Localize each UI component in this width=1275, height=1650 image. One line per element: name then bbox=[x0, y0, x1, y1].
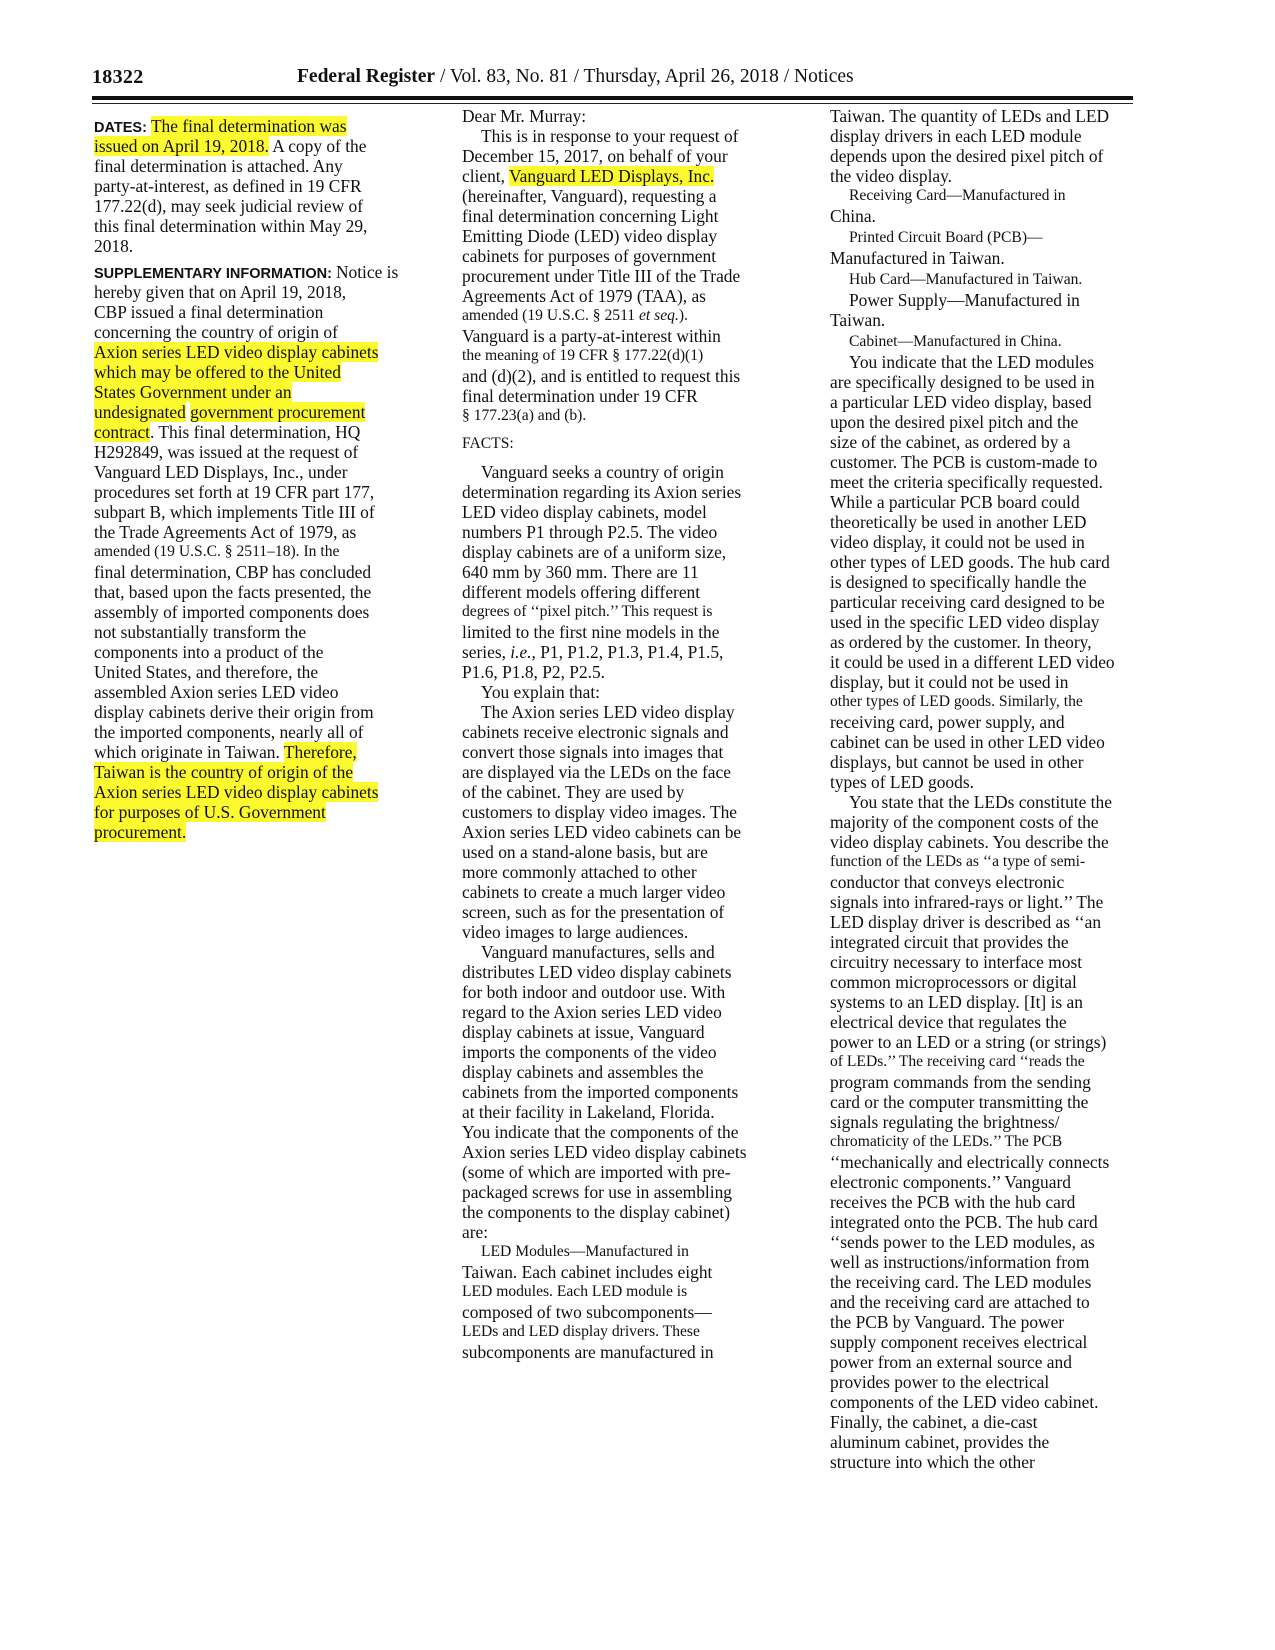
body-text: amended (19 U.S.C. § 2511–18). In the bbox=[94, 543, 339, 560]
body-text: at their facility in Lakeland, Florida. bbox=[462, 1102, 715, 1122]
header-rule-thin bbox=[92, 103, 1133, 104]
text-line: LED video display cabinets, model bbox=[462, 502, 707, 523]
text-line: the meaning of 19 CFR § 177.22(d)(1) bbox=[462, 346, 703, 367]
text-line: The Axion series LED video display bbox=[481, 702, 735, 723]
body-text: Vanguard seeks a country of origin bbox=[481, 462, 724, 482]
body-text: This is in response to your request of bbox=[481, 126, 738, 146]
text-line: final determination is attached. Any bbox=[94, 156, 343, 177]
body-text: subcomponents are manufactured in bbox=[462, 1342, 714, 1362]
text-line: Emitting Diode (LED) video display bbox=[462, 226, 717, 247]
text-line: for purposes of U.S. Government bbox=[94, 802, 326, 823]
body-text: LED display driver is described as ‘‘an bbox=[830, 912, 1101, 932]
text-line: structure into which the other bbox=[830, 1452, 1035, 1473]
body-text: display cabinets at issue, Vanguard bbox=[462, 1022, 705, 1042]
text-line: components into a product of the bbox=[94, 642, 323, 663]
body-text: hereby given that on April 19, 2018, bbox=[94, 282, 346, 302]
body-text: cabinets receive electronic signals and bbox=[462, 722, 729, 742]
text-line: United States, and therefore, the bbox=[94, 662, 318, 683]
body-text: LED Modules—Manufactured in bbox=[481, 1243, 689, 1260]
text-line: receiving card, power supply, and bbox=[830, 712, 1065, 733]
text-line: integrated onto the PCB. The hub card bbox=[830, 1212, 1098, 1233]
text-line: meet the criteria specifically requested… bbox=[830, 472, 1103, 493]
text-line: CBP issued a final determination bbox=[94, 302, 323, 323]
text-line: electrical device that regulates the bbox=[830, 1012, 1067, 1033]
body-text: size of the cabinet, as ordered by a bbox=[830, 432, 1070, 452]
text-line: function of the LEDs as ‘‘a type of semi… bbox=[830, 852, 1085, 873]
text-line: (hereinafter, Vanguard), requesting a bbox=[462, 186, 716, 207]
body-text: particular receiving card designed to be bbox=[830, 592, 1105, 612]
text-line: concerning the country of origin of bbox=[94, 322, 338, 343]
italic-text: et seq. bbox=[639, 307, 679, 324]
text-line: used on a stand-alone basis, but are bbox=[462, 842, 708, 863]
highlighted-text: contract bbox=[94, 422, 150, 442]
body-text: Vanguard manufactures, sells and bbox=[481, 942, 715, 962]
body-text: conductor that conveys electronic bbox=[830, 872, 1064, 892]
section-label: DATES: bbox=[94, 120, 151, 136]
text-line: distributes LED video display cabinets bbox=[462, 962, 732, 983]
text-line: Axion series LED video display cabinets bbox=[94, 782, 378, 803]
text-line: particular receiving card designed to be bbox=[830, 592, 1105, 613]
highlighted-text: Therefore, bbox=[284, 742, 357, 762]
text-line: displays, but cannot be used in other bbox=[830, 752, 1084, 773]
body-text: video display cabinets. You describe the bbox=[830, 832, 1109, 852]
body-text: composed of two subcomponents— bbox=[462, 1302, 712, 1322]
body-text: final determination, CBP has concluded bbox=[94, 562, 371, 582]
body-text: program commands from the sending bbox=[830, 1072, 1091, 1092]
text-line: other types of LED goods. The hub card bbox=[830, 552, 1110, 573]
body-text: chromaticity of the LEDs.’’ The PCB bbox=[830, 1133, 1062, 1150]
highlighted-text: Vanguard LED Displays, Inc. bbox=[509, 166, 714, 186]
text-line: assembled Axion series LED video bbox=[94, 682, 338, 703]
text-line: contract. This final determination, HQ bbox=[94, 422, 360, 443]
body-text: CBP issued a final determination bbox=[94, 302, 323, 322]
text-line: the components to the display cabinet) bbox=[462, 1202, 730, 1223]
text-line: hereby given that on April 19, 2018, bbox=[94, 282, 346, 303]
highlighted-text: States Government under an bbox=[94, 382, 292, 402]
text-line: majority of the component costs of the bbox=[830, 812, 1099, 833]
text-line: series, i.e., P1, P1.2, P1.3, P1.4, P1.5… bbox=[462, 642, 723, 663]
body-text: signals into infrared-rays or light.’’ T… bbox=[830, 892, 1103, 912]
text-line: convert those signals into images that bbox=[462, 742, 723, 763]
issue-details: / Vol. 83, No. 81 / Thursday, April 26, … bbox=[435, 66, 854, 87]
body-text: used in the specific LED video display bbox=[830, 612, 1100, 632]
body-text: You indicate that the LED modules bbox=[849, 352, 1094, 372]
body-text: card or the computer transmitting the bbox=[830, 1092, 1088, 1112]
text-line: video display cabinets. You describe the bbox=[830, 832, 1109, 853]
body-text: December 15, 2017, on behalf of your bbox=[462, 146, 728, 166]
body-text: 2018. bbox=[94, 236, 133, 256]
text-line: integrated circuit that provides the bbox=[830, 932, 1069, 953]
text-line: not substantially transform the bbox=[94, 622, 306, 643]
body-text: cabinets for purposes of government bbox=[462, 246, 716, 266]
text-line: provides power to the electrical bbox=[830, 1372, 1049, 1393]
text-line: screen, such as for the presentation of bbox=[462, 902, 724, 923]
body-text: . This final determination, HQ bbox=[150, 422, 360, 442]
body-text: ‘‘sends power to the LED modules, as bbox=[830, 1232, 1095, 1252]
text-line: amended (19 U.S.C. § 2511 et seq.). bbox=[462, 306, 688, 327]
text-line: types of LED goods. bbox=[830, 772, 974, 793]
body-text: customers to display video images. The bbox=[462, 802, 737, 822]
text-line: of LEDs.’’ The receiving card ‘‘reads th… bbox=[830, 1052, 1085, 1073]
body-text: as ordered by the customer. In theory, bbox=[830, 632, 1092, 652]
body-text: it could be used in a different LED vide… bbox=[830, 652, 1115, 672]
body-text: You state that the LEDs constitute the bbox=[849, 792, 1112, 812]
text-line: at their facility in Lakeland, Florida. bbox=[462, 1102, 715, 1123]
text-line: well as instructions/information from bbox=[830, 1252, 1089, 1273]
body-text: types of LED goods. bbox=[830, 772, 974, 792]
body-text: a particular LED video display, based bbox=[830, 392, 1092, 412]
body-text: LED modules. Each LED module is bbox=[462, 1283, 687, 1300]
text-line: Taiwan. The quantity of LEDs and LED bbox=[830, 106, 1109, 127]
text-line: December 15, 2017, on behalf of your bbox=[462, 146, 728, 167]
body-text: receives the PCB with the hub card bbox=[830, 1192, 1075, 1212]
text-line: this final determination within May 29, bbox=[94, 216, 367, 237]
body-text: regard to the Axion series LED video bbox=[462, 1002, 722, 1022]
body-text: § 177.23(a) and (b). bbox=[462, 407, 586, 424]
text-line: (some of which are imported with pre- bbox=[462, 1162, 731, 1183]
body-text: 177.22(d), may seek judicial review of bbox=[94, 196, 363, 216]
body-text: You explain that: bbox=[481, 682, 600, 702]
body-text: numbers P1 through P2.5. The video bbox=[462, 522, 717, 542]
text-line: the video display. bbox=[830, 166, 952, 187]
body-text: and (d)(2), and is entitled to request t… bbox=[462, 366, 740, 386]
highlighted-text: Taiwan is the country of origin of the bbox=[94, 762, 353, 782]
text-line: ‘‘mechanically and electrically connects bbox=[830, 1152, 1109, 1173]
text-line: final determination, CBP has concluded bbox=[94, 562, 371, 583]
text-line: are: bbox=[462, 1222, 488, 1243]
text-line: Cabinet—Manufactured in China. bbox=[849, 332, 1062, 353]
body-text: Cabinet—Manufactured in China. bbox=[849, 333, 1062, 350]
body-text: Printed Circuit Board (PCB)— bbox=[849, 229, 1043, 246]
text-line: customer. The PCB is custom-made to bbox=[830, 452, 1097, 473]
text-line: This is in response to your request of bbox=[481, 126, 738, 147]
body-text: is designed to specifically handle the bbox=[830, 572, 1086, 592]
body-text: degrees of ‘‘pixel pitch.’’ This request… bbox=[462, 603, 712, 620]
body-text: the meaning of 19 CFR § 177.22(d)(1) bbox=[462, 347, 703, 364]
text-line: determination regarding its Axion series bbox=[462, 482, 741, 503]
text-line: composed of two subcomponents— bbox=[462, 1302, 712, 1323]
body-text: subpart B, which implements Title III of bbox=[94, 502, 375, 522]
body-text: China. bbox=[830, 206, 876, 226]
body-text: procurement under Title III of the Trade bbox=[462, 266, 740, 286]
body-text: Emitting Diode (LED) video display bbox=[462, 226, 717, 246]
body-text: procedures set forth at 19 CFR part 177, bbox=[94, 482, 374, 502]
text-line: numbers P1 through P2.5. The video bbox=[462, 522, 717, 543]
text-line: issued on April 19, 2018. A copy of the bbox=[94, 136, 366, 157]
text-line: procurement under Title III of the Trade bbox=[462, 266, 740, 287]
body-text: Notice is bbox=[336, 262, 398, 282]
text-line: Vanguard LED Displays, Inc., under bbox=[94, 462, 348, 483]
body-text: that, based upon the facts presented, th… bbox=[94, 582, 371, 602]
body-text: the Trade Agreements Act of 1979, as bbox=[94, 522, 356, 542]
text-line: the PCB by Vanguard. The power bbox=[830, 1312, 1064, 1333]
body-text: function of the LEDs as ‘‘a type of semi… bbox=[830, 853, 1085, 870]
text-line: procurement. bbox=[94, 822, 186, 843]
text-line: video images to large audiences. bbox=[462, 922, 688, 943]
body-text: majority of the component costs of the bbox=[830, 812, 1099, 832]
italic-text: i.e., bbox=[510, 642, 536, 662]
body-text: are displayed via the LEDs on the face bbox=[462, 762, 731, 782]
text-line: regard to the Axion series LED video bbox=[462, 1002, 722, 1023]
body-text: client, bbox=[462, 166, 509, 186]
header-rule-thick bbox=[92, 96, 1133, 100]
highlighted-text: government procurement bbox=[190, 402, 365, 422]
body-text: display drivers in each LED module bbox=[830, 126, 1082, 146]
body-text: P1, P1.2, P1.3, P1.4, P1.5, bbox=[536, 642, 723, 662]
text-line: 177.22(d), may seek judicial review of bbox=[94, 196, 363, 217]
text-line: power from an external source and bbox=[830, 1352, 1072, 1373]
body-text: concerning the country of origin of bbox=[94, 322, 338, 342]
body-text: different models offering different bbox=[462, 582, 700, 602]
text-line: receives the PCB with the hub card bbox=[830, 1192, 1075, 1213]
text-line: size of the cabinet, as ordered by a bbox=[830, 432, 1070, 453]
text-line: that, based upon the facts presented, th… bbox=[94, 582, 371, 603]
text-line: systems to an LED display. [It] is an bbox=[830, 992, 1083, 1013]
body-text: LED video display cabinets, model bbox=[462, 502, 707, 522]
body-text: other types of LED goods. The hub card bbox=[830, 552, 1110, 572]
text-line: more commonly attached to other bbox=[462, 862, 697, 883]
text-line: You indicate that the components of the bbox=[462, 1122, 738, 1143]
text-line: for both indoor and outdoor use. With bbox=[462, 982, 725, 1003]
body-text: H292849, was issued at the request of bbox=[94, 442, 358, 462]
body-text: systems to an LED display. [It] is an bbox=[830, 992, 1083, 1012]
text-line: circuitry necessary to interface most bbox=[830, 952, 1082, 973]
body-text: cabinets to create a much larger video bbox=[462, 882, 725, 902]
body-text: electrical device that regulates the bbox=[830, 1012, 1067, 1032]
text-line: subpart B, which implements Title III of bbox=[94, 502, 375, 523]
text-line: Manufactured in Taiwan. bbox=[830, 248, 1005, 269]
body-text: Power Supply—Manufactured in bbox=[849, 290, 1080, 310]
running-header: 18322 Federal Register / Vol. 83, No. 81… bbox=[92, 66, 1132, 92]
body-text: Hub Card—Manufactured in Taiwan. bbox=[849, 271, 1082, 288]
body-text: display cabinets are of a uniform size, bbox=[462, 542, 726, 562]
body-text: the components to the display cabinet) bbox=[462, 1202, 730, 1222]
text-line: video display, it could not be used in bbox=[830, 532, 1085, 553]
text-line: Axion series LED video display cabinets bbox=[94, 342, 378, 363]
body-text: and the receiving card are attached to bbox=[830, 1292, 1090, 1312]
text-line: card or the computer transmitting the bbox=[830, 1092, 1088, 1113]
text-line: LEDs and LED display drivers. These bbox=[462, 1322, 700, 1343]
body-text: integrated circuit that provides the bbox=[830, 932, 1069, 952]
text-line: common microprocessors or digital bbox=[830, 972, 1077, 993]
body-text: power to an LED or a string (or strings) bbox=[830, 1032, 1106, 1052]
text-line: While a particular PCB board could bbox=[830, 492, 1080, 513]
text-line: assembly of imported components does bbox=[94, 602, 369, 623]
highlighted-text: issued on April 19, 2018. bbox=[94, 136, 269, 156]
body-text: not substantially transform the bbox=[94, 622, 306, 642]
text-line: is designed to specifically handle the bbox=[830, 572, 1086, 593]
text-line: as ordered by the customer. In theory, bbox=[830, 632, 1092, 653]
text-line: different models offering different bbox=[462, 582, 700, 603]
body-text: receiving card, power supply, and bbox=[830, 712, 1065, 732]
text-line: 2018. bbox=[94, 236, 133, 257]
body-text: Manufactured in Taiwan. bbox=[830, 248, 1005, 268]
body-text: Vanguard LED Displays, Inc., under bbox=[94, 462, 348, 482]
text-line: amended (19 U.S.C. § 2511–18). In the bbox=[94, 542, 339, 563]
text-line: Vanguard seeks a country of origin bbox=[481, 462, 724, 483]
text-line: ‘‘sends power to the LED modules, as bbox=[830, 1232, 1095, 1253]
body-text: displays, but cannot be used in other bbox=[830, 752, 1084, 772]
text-line: display, but it could not be used in bbox=[830, 672, 1068, 693]
body-text: amended (19 U.S.C. § 2511 bbox=[462, 307, 639, 324]
text-line: Taiwan. bbox=[830, 310, 885, 331]
text-line: Axion series LED video cabinets can be bbox=[462, 822, 741, 843]
body-text: structure into which the other bbox=[830, 1452, 1035, 1472]
text-line: cabinet can be used in other LED video bbox=[830, 732, 1105, 753]
text-line: theoretically be used in another LED bbox=[830, 512, 1086, 533]
text-line: Axion series LED video display cabinets bbox=[462, 1142, 746, 1163]
body-text: Taiwan. Each cabinet includes eight bbox=[462, 1262, 712, 1282]
body-text: LEDs and LED display drivers. These bbox=[462, 1323, 700, 1340]
body-text: of LEDs.’’ The receiving card ‘‘reads th… bbox=[830, 1053, 1085, 1070]
highlighted-text: undesignated bbox=[94, 402, 186, 422]
text-line: LED display driver is described as ‘‘an bbox=[830, 912, 1101, 933]
body-text: this final determination within May 29, bbox=[94, 216, 367, 236]
body-text: Axion series LED video cabinets can be bbox=[462, 822, 741, 842]
text-line: a particular LED video display, based bbox=[830, 392, 1092, 413]
body-text: United States, and therefore, the bbox=[94, 662, 318, 682]
body-text: the receiving card. The LED modules bbox=[830, 1272, 1091, 1292]
text-line: 640 mm by 360 mm. There are 11 bbox=[462, 562, 699, 583]
body-text: display cabinets derive their origin fro… bbox=[94, 702, 374, 722]
body-text: common microprocessors or digital bbox=[830, 972, 1077, 992]
text-line: components of the LED video cabinet. bbox=[830, 1392, 1099, 1413]
body-text: more commonly attached to other bbox=[462, 862, 697, 882]
text-line: party-at-interest, as defined in 19 CFR bbox=[94, 176, 362, 197]
body-text: convert those signals into images that bbox=[462, 742, 723, 762]
body-text: FACTS: bbox=[462, 435, 514, 452]
body-text: final determination under 19 CFR bbox=[462, 386, 698, 406]
text-line: customers to display video images. The bbox=[462, 802, 737, 823]
text-line: used in the specific LED video display bbox=[830, 612, 1100, 633]
body-text: Receiving Card—Manufactured in bbox=[849, 187, 1066, 204]
publication-name: Federal Register bbox=[297, 66, 435, 87]
text-line: cabinets to create a much larger video bbox=[462, 882, 725, 903]
text-line: final determination under 19 CFR bbox=[462, 386, 698, 407]
text-line: FACTS: bbox=[462, 434, 514, 455]
text-line: § 177.23(a) and (b). bbox=[462, 406, 586, 427]
body-text: depends upon the desired pixel pitch of bbox=[830, 146, 1103, 166]
body-text: imports the components of the video bbox=[462, 1042, 717, 1062]
body-text: party-at-interest, as defined in 19 CFR bbox=[94, 176, 362, 196]
text-line: conductor that conveys electronic bbox=[830, 872, 1064, 893]
text-line: the Trade Agreements Act of 1979, as bbox=[94, 522, 356, 543]
text-line: client, Vanguard LED Displays, Inc. bbox=[462, 166, 714, 187]
body-text: Agreements Act of 1979 (TAA), as bbox=[462, 286, 706, 306]
body-text: theoretically be used in another LED bbox=[830, 512, 1086, 532]
text-line: degrees of ‘‘pixel pitch.’’ This request… bbox=[462, 602, 712, 623]
body-text: customer. The PCB is custom-made to bbox=[830, 452, 1097, 472]
text-line: Dear Mr. Murray: bbox=[462, 106, 586, 127]
text-line: aluminum cabinet, provides the bbox=[830, 1432, 1049, 1453]
text-line: are specifically designed to be used in bbox=[830, 372, 1095, 393]
body-text: electronic components.’’ Vanguard bbox=[830, 1172, 1071, 1192]
body-text: aluminum cabinet, provides the bbox=[830, 1432, 1049, 1452]
body-text: of the cabinet. They are used by bbox=[462, 782, 684, 802]
text-line: Finally, the cabinet, a die-cast bbox=[830, 1412, 1037, 1433]
body-text: video display, it could not be used in bbox=[830, 532, 1085, 552]
body-text: supply component receives electrical bbox=[830, 1332, 1087, 1352]
body-text: Dear Mr. Murray: bbox=[462, 106, 586, 126]
body-text: display cabinets and assembles the bbox=[462, 1062, 703, 1082]
running-head-text: Federal Register / Vol. 83, No. 81 / Thu… bbox=[297, 66, 854, 88]
text-line: display drivers in each LED module bbox=[830, 126, 1082, 147]
body-text: Vanguard is a party-at-interest within bbox=[462, 326, 721, 346]
body-text: the PCB by Vanguard. The power bbox=[830, 1312, 1064, 1332]
body-text: series, bbox=[462, 642, 510, 662]
text-line: power to an LED or a string (or strings) bbox=[830, 1032, 1106, 1053]
body-text: integrated onto the PCB. The hub card bbox=[830, 1212, 1098, 1232]
text-line: other types of LED goods. Similarly, the bbox=[830, 692, 1083, 713]
body-text: are specifically designed to be used in bbox=[830, 372, 1095, 392]
text-line: display cabinets derive their origin fro… bbox=[94, 702, 374, 723]
text-line: of the cabinet. They are used by bbox=[462, 782, 684, 803]
body-text: the video display. bbox=[830, 166, 952, 186]
body-text: upon the desired pixel pitch and the bbox=[830, 412, 1078, 432]
body-text: packaged screws for use in assembling bbox=[462, 1182, 732, 1202]
text-line: LED Modules—Manufactured in bbox=[481, 1242, 689, 1263]
text-line: signals into infrared-rays or light.’’ T… bbox=[830, 892, 1103, 913]
highlighted-text: Axion series LED video display cabinets bbox=[94, 782, 378, 802]
text-line: program commands from the sending bbox=[830, 1072, 1091, 1093]
highlighted-text: The final determination was bbox=[151, 116, 347, 136]
body-text: The Axion series LED video display bbox=[481, 702, 735, 722]
body-text: are: bbox=[462, 1222, 488, 1242]
text-line: packaged screws for use in assembling bbox=[462, 1182, 732, 1203]
body-text: well as instructions/information from bbox=[830, 1252, 1089, 1272]
text-line: limited to the first nine models in the bbox=[462, 622, 719, 643]
body-text: final determination concerning Light bbox=[462, 206, 718, 226]
highlighted-text: for purposes of U.S. Government bbox=[94, 802, 326, 822]
body-text: assembled Axion series LED video bbox=[94, 682, 338, 702]
text-line: LED modules. Each LED module is bbox=[462, 1282, 687, 1303]
text-line: Agreements Act of 1979 (TAA), as bbox=[462, 286, 706, 307]
body-text: A copy of the bbox=[269, 136, 367, 156]
text-line: Taiwan. Each cabinet includes eight bbox=[462, 1262, 712, 1283]
text-line: You state that the LEDs constitute the bbox=[849, 792, 1112, 813]
body-text: other types of LED goods. Similarly, the bbox=[830, 693, 1083, 710]
body-text: cabinets from the imported components bbox=[462, 1082, 738, 1102]
body-text: 640 mm by 360 mm. There are 11 bbox=[462, 562, 699, 582]
body-text: (hereinafter, Vanguard), requesting a bbox=[462, 186, 716, 206]
text-line: display cabinets and assembles the bbox=[462, 1062, 703, 1083]
body-text: Taiwan. The quantity of LEDs and LED bbox=[830, 106, 1109, 126]
text-line: Receiving Card—Manufactured in bbox=[849, 186, 1066, 207]
text-line: upon the desired pixel pitch and the bbox=[830, 412, 1078, 433]
body-text: distributes LED video display cabinets bbox=[462, 962, 732, 982]
body-text: ‘‘mechanically and electrically connects bbox=[830, 1152, 1109, 1172]
text-line: which may be offered to the United bbox=[94, 362, 341, 383]
body-text: meet the criteria specifically requested… bbox=[830, 472, 1103, 492]
section-label: SUPPLEMENTARY INFORMATION: bbox=[94, 266, 336, 282]
text-line: supply component receives electrical bbox=[830, 1332, 1087, 1353]
body-text: limited to the first nine models in the bbox=[462, 622, 719, 642]
text-line: Vanguard is a party-at-interest within bbox=[462, 326, 721, 347]
text-line: it could be used in a different LED vide… bbox=[830, 652, 1115, 673]
text-line: Vanguard manufactures, sells and bbox=[481, 942, 715, 963]
body-text: Axion series LED video display cabinets bbox=[462, 1142, 746, 1162]
body-text: Taiwan. bbox=[830, 310, 885, 330]
body-text: P1.6, P1.8, P2, P2.5. bbox=[462, 662, 605, 682]
body-text: for both indoor and outdoor use. With bbox=[462, 982, 725, 1002]
text-line: States Government under an bbox=[94, 382, 292, 403]
highlighted-text: Axion series LED video display cabinets bbox=[94, 342, 378, 362]
body-text: screen, such as for the presentation of bbox=[462, 902, 724, 922]
text-line: Printed Circuit Board (PCB)— bbox=[849, 228, 1043, 249]
text-line: imports the components of the video bbox=[462, 1042, 717, 1063]
body-text: video images to large audiences. bbox=[462, 922, 688, 942]
text-line: H292849, was issued at the request of bbox=[94, 442, 358, 463]
